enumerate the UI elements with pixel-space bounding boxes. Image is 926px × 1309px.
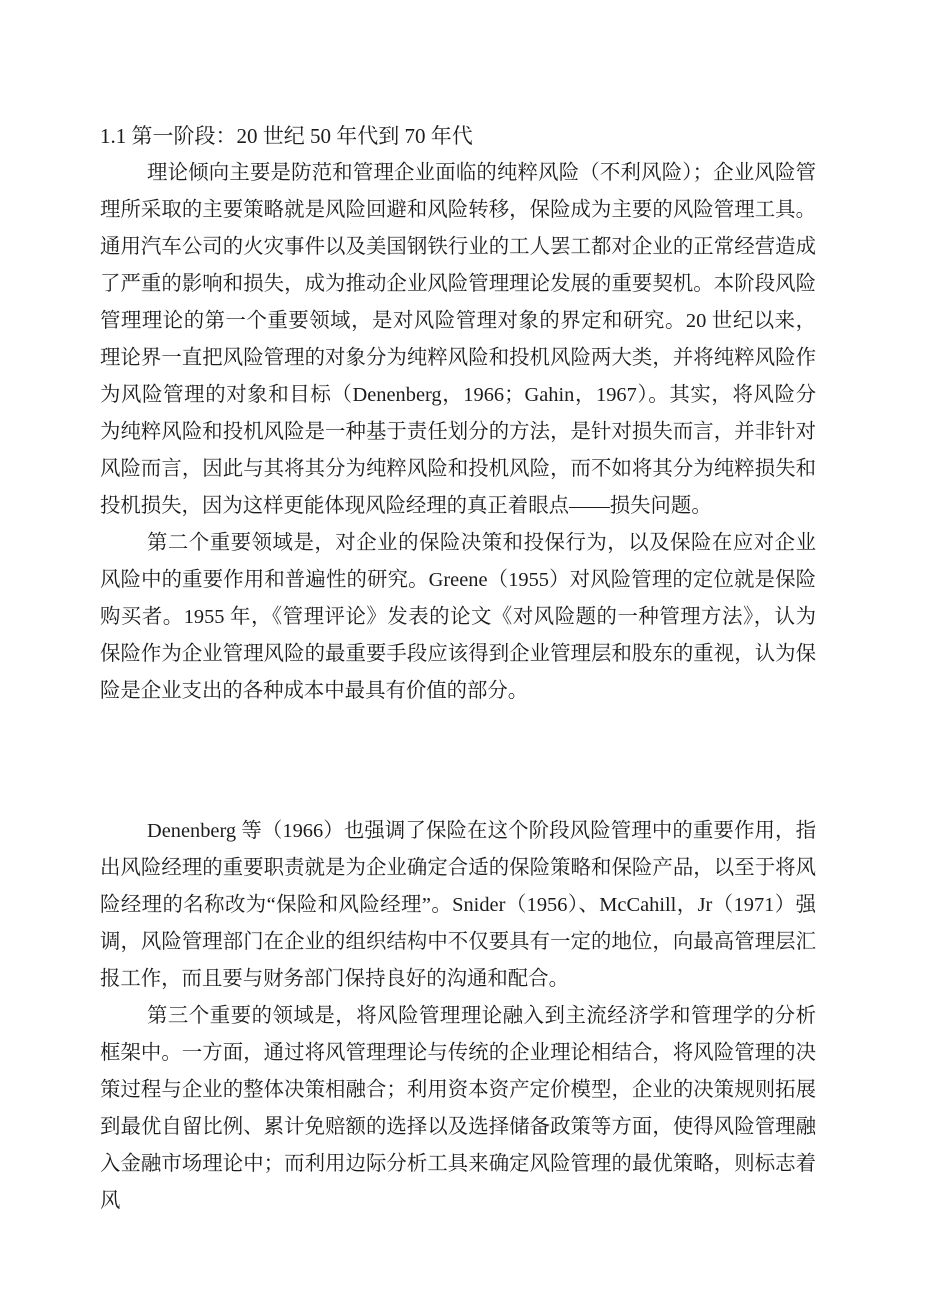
section-heading: 1.1 第一阶段：20 世纪 50 年代到 70 年代	[100, 118, 816, 155]
document-page: 1.1 第一阶段：20 世纪 50 年代到 70 年代 理论倾向主要是防范和管理…	[0, 0, 926, 1309]
paragraph-2: 第二个重要领域是，对企业的保险决策和投保行为，以及保险在应对企业风险中的重要作用…	[100, 525, 816, 710]
paragraph-3: Denenberg 等（1966）也强调了保险在这个阶段风险管理中的重要作用，指…	[100, 813, 816, 998]
paragraph-4: 第三个重要的领域是，将风险管理理论融入到主流经济学和管理学的分析框架中。一方面，…	[100, 998, 816, 1220]
document-content: 1.1 第一阶段：20 世纪 50 年代到 70 年代 理论倾向主要是防范和管理…	[100, 118, 816, 1220]
paragraph-gap	[100, 710, 816, 813]
paragraph-1: 理论倾向主要是防范和管理企业面临的纯粹风险（不利风险）；企业风险管理所采取的主要…	[100, 155, 816, 525]
